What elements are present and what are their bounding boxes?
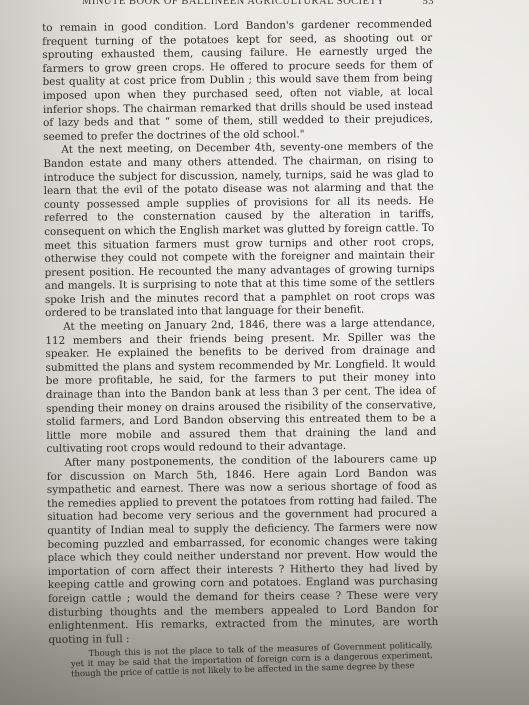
running-title: MINUTE BOOK OF BALLINEEN AGRICULTURAL SO… [82, 0, 385, 7]
paragraph: At the next meeting, on December 4th, se… [43, 140, 435, 321]
book-page: MINUTE BOOK OF BALLINEEN AGRICULTURAL SO… [0, 0, 529, 705]
paragraph: After many postponements, the condition … [47, 453, 439, 647]
body-text: to remain in good condition. Lord Bandon… [42, 18, 439, 679]
paragraph: At the meeting on January 2nd, 1846, the… [45, 317, 436, 457]
page-number: 53 [423, 0, 435, 7]
paragraph: to remain in good condition. Lord Bandon… [42, 18, 433, 144]
running-header: MINUTE BOOK OF BALLINEEN AGRICULTURAL SO… [82, 0, 434, 7]
